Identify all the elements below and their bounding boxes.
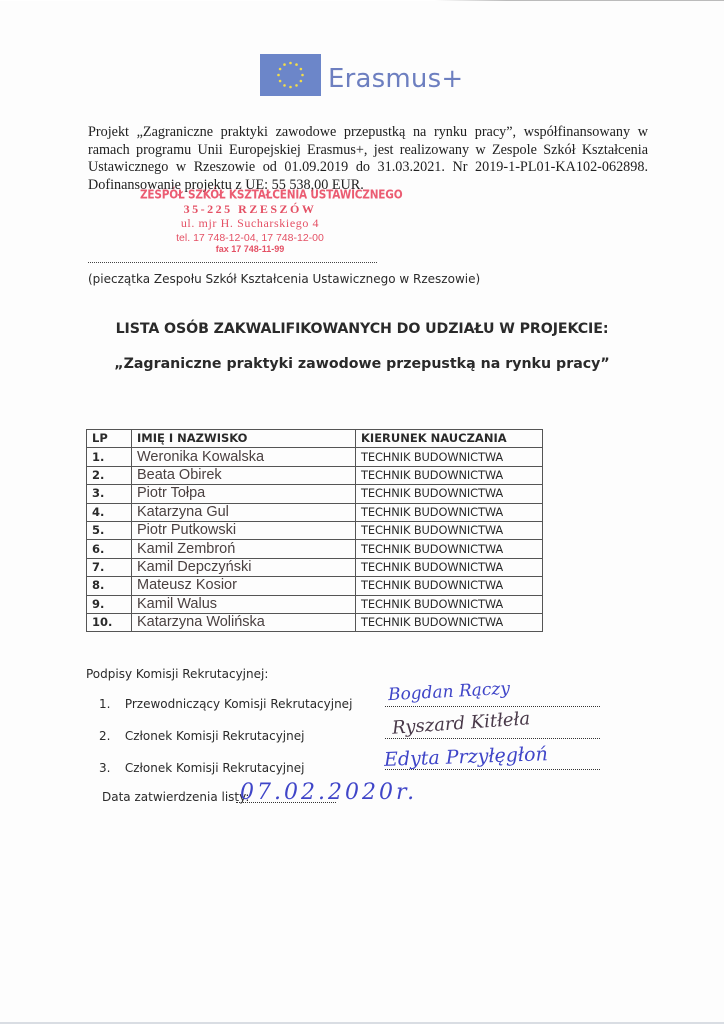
row-lp: 7. [87, 558, 132, 576]
school-stamp: ZESPÓŁ SZKÓŁ KSZTAŁCENIA USTAWICZNEGO 35… [140, 189, 360, 254]
signature-role: Członek Komisji Rekrutacyjnej [125, 761, 305, 775]
table-row: 1.Weronika KowalskaTECHNIK BUDOWNICTWA [87, 448, 543, 466]
row-direction: TECHNIK BUDOWNICTWA [356, 485, 543, 503]
scan-edge-top [0, 0, 724, 1]
row-lp: 10. [87, 613, 132, 631]
erasmus-logo: Erasmus+ [260, 54, 463, 96]
stamp-dotted-line [88, 262, 377, 263]
row-direction: TECHNIK BUDOWNICTWA [356, 577, 543, 595]
table-row: 10.Katarzyna WolińskaTECHNIK BUDOWNICTWA [87, 613, 543, 631]
stamp-caption: (pieczątka Zespołu Szkół Kształcenia Ust… [88, 272, 480, 286]
approval-date-handwritten: 07.02.2020r. [240, 780, 417, 805]
row-lp: 1. [87, 448, 132, 466]
document-title: LISTA OSÓB ZAKWALIFIKOWANYCH DO UDZIAŁU … [0, 321, 724, 337]
row-direction: TECHNIK BUDOWNICTWA [356, 540, 543, 558]
signature-number: 3. [99, 761, 121, 775]
approval-date-label: Data zatwierdzenia listy: [102, 790, 249, 804]
table-row: 2.Beata ObirekTECHNIK BUDOWNICTWA [87, 466, 543, 484]
row-direction: TECHNIK BUDOWNICTWA [356, 558, 543, 576]
table-row: 5.Piotr PutkowskiTECHNIK BUDOWNICTWA [87, 521, 543, 539]
project-name: „Zagraniczne praktyki zawodowe przepustk… [0, 356, 724, 372]
row-direction: TECHNIK BUDOWNICTWA [356, 466, 543, 484]
header-direction: KIERUNEK NAUCZANIA [356, 430, 543, 448]
row-direction: TECHNIK BUDOWNICTWA [356, 503, 543, 521]
row-lp: 4. [87, 503, 132, 521]
signature-line [385, 738, 600, 739]
row-direction: TECHNIK BUDOWNICTWA [356, 595, 543, 613]
table-header-row: LP IMIĘ I NAZWISKO KIERUNEK NAUCZANIA [87, 430, 543, 448]
row-name: Katarzyna Gul [132, 503, 356, 521]
handwritten-signature: Ryszard Kitłeła [391, 708, 530, 739]
handwritten-signature: Edyta Przyłęgłoń [384, 743, 548, 771]
row-lp: 6. [87, 540, 132, 558]
row-name: Beata Obirek [132, 466, 356, 484]
table-row: 9.Kamil WalusTECHNIK BUDOWNICTWA [87, 595, 543, 613]
signature-number: 1. [99, 697, 121, 711]
row-name: Kamil Zembroń [132, 540, 356, 558]
signature-row: 3. Członek Komisji Rekrutacyjnej [99, 761, 304, 775]
eu-flag-icon [260, 54, 321, 96]
table-row: 7.Kamil DepczyńskiTECHNIK BUDOWNICTWA [87, 558, 543, 576]
row-lp: 2. [87, 466, 132, 484]
project-intro: Projekt „Zagraniczne praktyki zawodowe p… [88, 124, 648, 194]
row-lp: 5. [87, 521, 132, 539]
header-lp: LP [87, 430, 132, 448]
erasmus-logo-text: Erasmus+ [328, 64, 463, 94]
row-name: Mateusz Kosior [132, 577, 356, 595]
signatures-title: Podpisy Komisji Rekrutacyjnej: [86, 667, 268, 681]
row-lp: 9. [87, 595, 132, 613]
signature-role: Członek Komisji Rekrutacyjnej [125, 729, 305, 743]
table-row: 3.Piotr TołpaTECHNIK BUDOWNICTWA [87, 485, 543, 503]
table-row: 4.Katarzyna GulTECHNIK BUDOWNICTWA [87, 503, 543, 521]
header-name: IMIĘ I NAZWISKO [132, 430, 356, 448]
stamp-line: fax 17 748-11-99 [140, 244, 360, 254]
row-direction: TECHNIK BUDOWNICTWA [356, 448, 543, 466]
participants-table: LP IMIĘ I NAZWISKO KIERUNEK NAUCZANIA 1.… [86, 429, 543, 632]
table-row: 8.Mateusz KosiorTECHNIK BUDOWNICTWA [87, 577, 543, 595]
row-direction: TECHNIK BUDOWNICTWA [356, 613, 543, 631]
row-lp: 3. [87, 485, 132, 503]
handwritten-signature: Bogdan Rączy [388, 679, 511, 705]
row-name: Weronika Kowalska [132, 448, 356, 466]
row-name: Piotr Putkowski [132, 521, 356, 539]
signature-number: 2. [99, 729, 121, 743]
stamp-line: 35-225 RZESZÓW [140, 202, 360, 217]
project-intro-text: Projekt „Zagraniczne praktyki zawodowe p… [88, 124, 648, 194]
stamp-line: tel. 17 748-12-04, 17 748-12-00 [140, 232, 360, 244]
row-name: Piotr Tołpa [132, 485, 356, 503]
row-lp: 8. [87, 577, 132, 595]
table-row: 6.Kamil ZembrońTECHNIK BUDOWNICTWA [87, 540, 543, 558]
stamp-line: ul. mjr H. Sucharskiego 4 [140, 216, 360, 231]
row-name: Katarzyna Wolińska [132, 613, 356, 631]
signature-role: Przewodniczący Komisji Rekrutacyjnej [125, 697, 353, 711]
signature-line [385, 706, 600, 707]
stamp-line: ZESPÓŁ SZKÓŁ KSZTAŁCENIA USTAWICZNEGO [140, 188, 360, 202]
row-direction: TECHNIK BUDOWNICTWA [356, 521, 543, 539]
signature-row: 1. Przewodniczący Komisji Rekrutacyjnej [99, 697, 352, 711]
signature-row: 2. Członek Komisji Rekrutacyjnej [99, 729, 304, 743]
row-name: Kamil Depczyński [132, 558, 356, 576]
row-name: Kamil Walus [132, 595, 356, 613]
